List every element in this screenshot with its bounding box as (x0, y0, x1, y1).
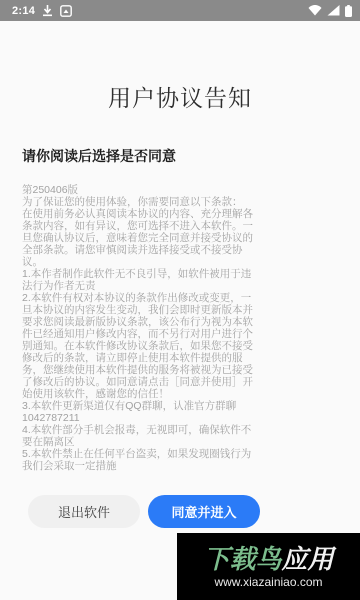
agreement-line: 议。 (22, 256, 342, 268)
agreement-line: 为了保证您的使用体验，你需要同意以下条款： (22, 196, 342, 208)
agreement-line: 条款内容，如有异议，您可选择不进入本软件。一 (22, 220, 342, 232)
agreement-line: 在使用前务必认真阅读本协议的内容、充分理解各 (22, 208, 342, 220)
watermark-brand-green: 下载鸟 (203, 544, 281, 574)
status-bar-right (303, 5, 352, 17)
agreement-line: 1.本作者制作此软件无不良引导，如软件被用于违 (22, 268, 342, 280)
agreement-line: 要在隔离区 (22, 436, 342, 448)
agreement-line: 别通知。在本软件修改协议条款后，如果您不接受 (22, 340, 342, 352)
site-watermark: 下载鸟应用 www.xiazainiao.com (177, 533, 360, 600)
download-icon (42, 5, 53, 17)
agree-enter-button[interactable]: 同意并进入 (148, 495, 260, 528)
agreement-line: 务，您继续使用本软件提供的服务将被视为已接受 (22, 364, 342, 376)
agreement-subtitle: 请你阅读后选择是否同意 (22, 146, 176, 166)
agreement-line: 要求您阅读最新版协议条款，该公布行为视为本软 (22, 316, 342, 328)
agreement-line: 法行为作者无责 (22, 280, 342, 292)
exit-app-button[interactable]: 退出软件 (28, 495, 140, 528)
agreement-line: 全部条款。请您审慎阅读并选择接受或不接受协 (22, 244, 342, 256)
status-time: 2:14 (12, 5, 35, 17)
agreement-line: 修改后的条款，请立即停止使用本软件提供的服 (22, 352, 342, 364)
agreement-line: 1042787211 (22, 412, 342, 424)
agreement-line: 3.本软件更新渠道仅有QQ群聊，认准官方群聊 (22, 400, 342, 412)
page-title: 用户协议告知 (0, 80, 360, 113)
agreement-line: 2.本软件有权对本协议的条款作出修改或变更，一 (22, 292, 342, 304)
agreement-body: 第250406版为了保证您的使用体验，你需要同意以下条款：在使用前务必认真阅读本… (22, 184, 342, 472)
cellular-signal-icon (327, 5, 340, 16)
wifi-icon (308, 5, 322, 16)
agreement-line: 第250406版 (22, 184, 342, 196)
agreement-line: 了修改后的协议。如同意请点击［同意并使用］开 (22, 376, 342, 388)
watermark-brand-white: 应用 (282, 544, 334, 574)
agreement-line: 始使用该软件，感谢您的信任！ (22, 388, 342, 400)
status-bar: 2:14 (0, 0, 360, 21)
agreement-line: 旦本协议的内容发生变动，我们会即时更新版本并 (22, 304, 342, 316)
app-notification-icon (60, 5, 72, 17)
watermark-brand: 下载鸟应用 (203, 545, 333, 573)
agreement-line: 旦您确认协议后，意味着您完全同意并接受协议的 (22, 232, 342, 244)
battery-icon (345, 5, 352, 17)
app-screen: 2:14 用户协议告知 请你阅读后选择是否同意 第250406版为了保证您的使用… (0, 0, 360, 600)
agreement-line: 4.本软件部分手机会报毒，无视即可，确保软件不 (22, 424, 342, 436)
agreement-line: 5.本软件禁止在任何平台盗卖，如果发现圈钱行为 (22, 448, 342, 460)
agreement-line: 件已经通知用户修改内容，而不另行对用户进行个 (22, 328, 342, 340)
agreement-line: 我们会采取一定措施 (22, 460, 342, 472)
watermark-url: www.xiazainiao.com (214, 575, 322, 589)
